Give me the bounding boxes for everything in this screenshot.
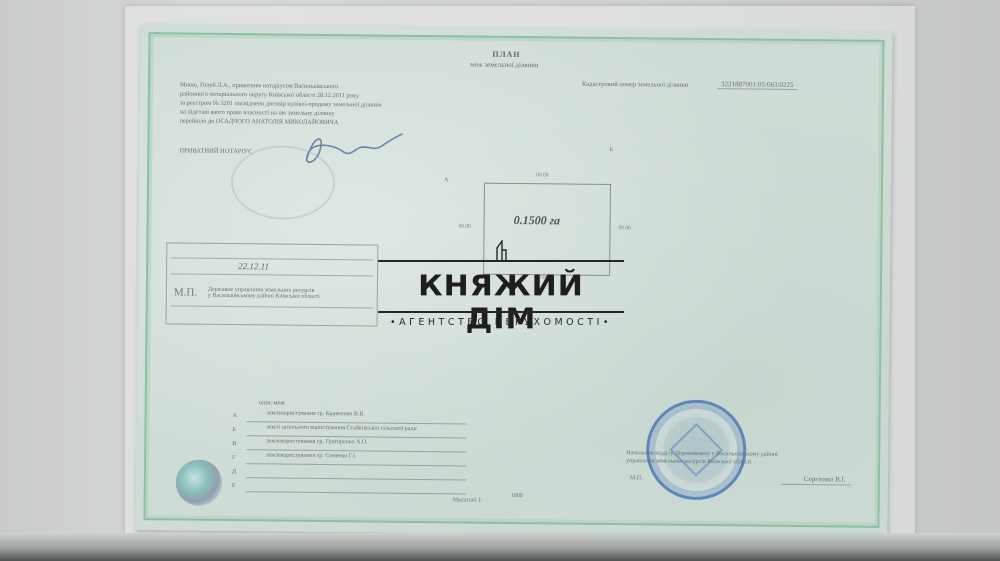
cadastre-number: 3221887001:05:063:0225 bbox=[717, 80, 797, 90]
plot-area: 0.1500 га bbox=[514, 213, 561, 228]
plot-dimension-left: 00.00 bbox=[459, 223, 471, 229]
neighbors-title: опис меж bbox=[259, 399, 285, 406]
neighbor-text: землі загального користування Стайківськ… bbox=[266, 424, 416, 432]
registration-record-line: у Васильківському районі Київської облас… bbox=[208, 293, 320, 300]
neighbor-text: землекористування гр. Кравченко В.В. bbox=[267, 410, 365, 417]
neighbor-row: А землекористування гр. Кравченко В.В. bbox=[247, 409, 467, 424]
divider bbox=[171, 257, 373, 260]
registration-box bbox=[166, 242, 379, 326]
scale-value: 1000 bbox=[511, 493, 523, 499]
neighbor-letter: Б bbox=[232, 427, 236, 433]
neighbor-letter: Д bbox=[232, 469, 236, 475]
registration-record: Державне управління земельних ресурсів у… bbox=[208, 287, 320, 300]
registration-mp-label: М.П. bbox=[174, 286, 197, 298]
neighbor-text: землекористування гр. Семенко Г.І. bbox=[266, 452, 356, 459]
building-icon bbox=[494, 240, 508, 260]
table-edge bbox=[0, 533, 1000, 561]
agency-watermark: КНЯЖИЙ ДІМ •АГЕНТСТВО НЕРУХОМОСТІ• bbox=[378, 240, 624, 335]
neighbor-letter: Е bbox=[232, 483, 236, 489]
chief-label: Начальник відділу Держкомзему у Василькі… bbox=[626, 449, 778, 467]
neighbor-row: Г землекористування гр. Семенко Г.І. bbox=[246, 451, 466, 466]
registration-date: 22.12.11 bbox=[238, 261, 269, 271]
watermark-rule bbox=[378, 260, 624, 262]
document-subtitle: меж земельної ділянки bbox=[470, 61, 538, 70]
chief-name: Сергієнко В.І. bbox=[804, 475, 846, 483]
notary-statement: Мною, Голуб Л.А., приватним нотаріусом В… bbox=[180, 80, 382, 127]
neighbor-row: Б землі загального користування Стайківс… bbox=[246, 423, 466, 438]
neighbor-letter: Г bbox=[232, 455, 236, 461]
neighbor-letter: А bbox=[233, 413, 237, 419]
neighbor-row: В землекористування гр. Григоренко А.О. bbox=[246, 437, 466, 452]
chief-label-line: управління земельних ресурсів Київської … bbox=[626, 457, 778, 467]
neighbor-row: Е bbox=[246, 479, 466, 494]
neighbor-row: Д bbox=[246, 465, 466, 480]
plot-corner-b: Б bbox=[609, 147, 613, 153]
cadastre-label: Кадастровий номер земельної ділянки bbox=[582, 81, 688, 89]
hologram-seal bbox=[176, 459, 222, 505]
notary-signature bbox=[294, 131, 404, 172]
divider bbox=[171, 273, 373, 276]
watermark-rule bbox=[378, 311, 624, 313]
notary-sign-label: ПРИВАТНИЙ НОТАРІУС bbox=[179, 147, 252, 155]
neighbor-text: землекористування гр. Григоренко А.О. bbox=[266, 438, 367, 445]
document-title: ПЛАН bbox=[492, 50, 520, 59]
stamp-mp-label: М.П. bbox=[630, 475, 643, 481]
scale-label: Масштаб 1: bbox=[453, 497, 483, 503]
neighbor-letter: В bbox=[232, 441, 236, 447]
divider bbox=[171, 305, 373, 308]
plot-dimension-top: 00.00 bbox=[536, 172, 548, 178]
watermark-subtitle: •АГЕНТСТВО НЕРУХОМОСТІ• bbox=[378, 317, 624, 328]
plot-dimension-right: 00.00 bbox=[619, 225, 631, 231]
plot-corner-a: А bbox=[444, 177, 448, 183]
